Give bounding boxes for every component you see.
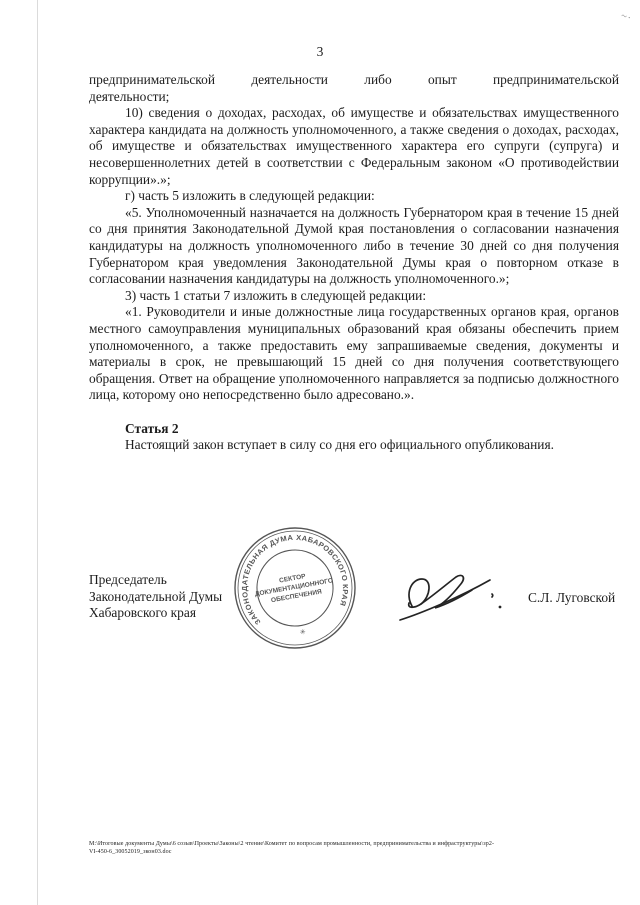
signature-icon [396, 570, 508, 630]
handwritten-signature [396, 570, 508, 635]
paragraph: 3) часть 1 статьи 7 изложить в следующей… [89, 288, 619, 305]
corner-mark: ~· [620, 11, 634, 25]
signer-position-line: Хабаровского края [89, 605, 222, 622]
official-round-stamp: ЗАКОНОДАТЕЛЬНАЯ ДУМА ХАБАРОВСКОГО КРАЯ С… [223, 516, 367, 660]
signature-block: Председатель Законодательной Думы Хабаро… [0, 568, 640, 688]
file-path-line: VI-450-6_30052019_зкон03.doc [89, 849, 619, 857]
paragraph-continuation-line: деятельности; [89, 89, 619, 106]
file-path-footer: М:\Итоговые документы Думы\6 созыв\Проек… [89, 841, 619, 856]
scan-edge-line [37, 0, 38, 905]
page-number: 3 [0, 44, 640, 60]
signer-position-line: Председатель [89, 572, 222, 589]
document-page: ~· 3 предпринимательской деятельности ли… [0, 0, 640, 905]
document-body: предпринимательской деятельности либо оп… [89, 72, 619, 454]
article-2-heading: Статья 2 [89, 421, 619, 438]
signer-name: С.Л. Луговской [528, 590, 615, 606]
paragraph: «5. Уполномоченный назначается на должно… [89, 205, 619, 288]
signer-position: Председатель Законодательной Думы Хабаро… [89, 572, 222, 622]
article-2-text: Настоящий закон вступает в силу со дня е… [89, 437, 619, 454]
file-path-line: М:\Итоговые документы Думы\6 созыв\Проек… [89, 841, 619, 849]
paragraph: «1. Руководители и иные должностные лица… [89, 304, 619, 404]
svg-text:СЕКТОР ДОКУМЕНТАЦИОН: СЕКТОР ДОКУМЕНТАЦИОННОГО ОБЕСПЕЧЕНИЯ [253, 568, 337, 607]
stamp-star: ✳ [299, 628, 306, 637]
paragraph-continuation-line: предпринимательской деятельности либо оп… [89, 72, 619, 89]
paragraph: г) часть 5 изложить в следующей редакции… [89, 188, 619, 205]
stamp-icon: ЗАКОНОДАТЕЛЬНАЯ ДУМА ХАБАРОВСКОГО КРАЯ С… [223, 516, 367, 660]
signer-position-line: Законодательной Думы [89, 589, 222, 606]
paragraph: 10) сведения о доходах, расходах, об иму… [89, 105, 619, 188]
